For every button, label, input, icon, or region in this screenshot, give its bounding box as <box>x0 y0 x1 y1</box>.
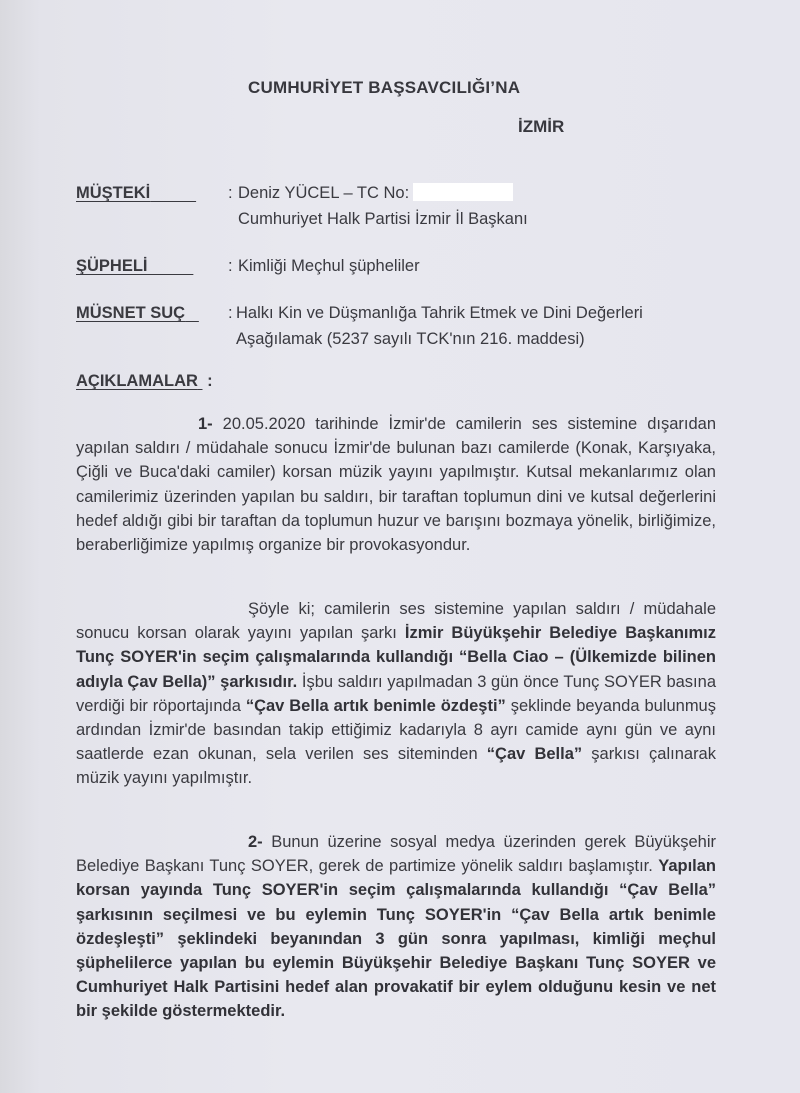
colon: : <box>207 372 213 390</box>
explanations-heading: AÇIKLAMALAR : <box>76 372 213 391</box>
complainant-label: MÜŞTEKİ <box>76 180 196 206</box>
complainant-name: Deniz YÜCEL – TC No: <box>238 184 409 202</box>
label-underline-padding <box>148 257 194 275</box>
paragraph-1: 1- 20.05.2020 tarihinde İzmir'de camiler… <box>76 412 716 557</box>
alleged-crime-value: Halkı Kin ve Düşmanlığa Tahrik Etmek ve … <box>236 300 643 352</box>
paragraph-text: 20.05.2020 tarihinde İzmir'de camilerin … <box>76 415 716 554</box>
emphasized-text: “Çav Bella artık benimle özdeşti” <box>246 697 506 715</box>
suspect-value: Kimliği Meçhul şüpheliler <box>238 253 420 279</box>
paragraph-number: 2- <box>248 833 263 851</box>
petition-page: CUMHURİYET BAŞSAVCILIĞI’NA İZMİR MÜŞTEKİ… <box>0 0 800 1093</box>
paragraph-text: Bunun üzerine sosyal medya üzerinden ger… <box>76 833 716 875</box>
suspect-label-text: ŞÜPHELİ <box>76 257 148 275</box>
label-underline-padding <box>185 304 199 322</box>
emphasized-text: Yapılan korsan yayında Tunç SOYER'in seç… <box>76 857 716 1020</box>
alleged-crime-line-2: Aşağılamak (5237 sayılı TCK'nın 216. mad… <box>236 326 643 352</box>
addressee-heading: CUMHURİYET BAŞSAVCILIĞI’NA <box>248 78 520 98</box>
paragraph-2: 2- Bunun üzerine sosyal medya üzerinden … <box>76 830 716 1024</box>
complainant-value: Deniz YÜCEL – TC No: Cumhuriyet Halk Par… <box>238 180 528 232</box>
city-heading: İZMİR <box>518 117 564 137</box>
explanations-label: AÇIKLAMALAR <box>76 372 203 390</box>
label-underline-padding <box>198 372 203 390</box>
paragraph-number: 1- <box>198 415 213 433</box>
label-underline-padding <box>150 184 196 202</box>
complainant-title: Cumhuriyet Halk Partisi İzmir İl Başkanı <box>238 206 528 232</box>
alleged-crime-label: MÜSNET SUÇ <box>76 300 199 326</box>
colon: : <box>228 300 233 326</box>
colon: : <box>228 180 233 206</box>
suspect-label: ŞÜPHELİ <box>76 253 193 279</box>
alleged-crime-line-1: Halkı Kin ve Düşmanlığa Tahrik Etmek ve … <box>236 300 643 326</box>
paragraph-1-continued: Şöyle ki; camilerin ses sistemine yapıla… <box>76 597 716 791</box>
complainant-label-text: MÜŞTEKİ <box>76 184 150 202</box>
emphasized-text: “Çav Bella” <box>487 745 582 763</box>
explanations-label-text: AÇIKLAMALAR <box>76 372 198 390</box>
redacted-id-number <box>413 183 513 201</box>
alleged-crime-label-text: MÜSNET SUÇ <box>76 304 185 322</box>
colon: : <box>228 253 233 279</box>
